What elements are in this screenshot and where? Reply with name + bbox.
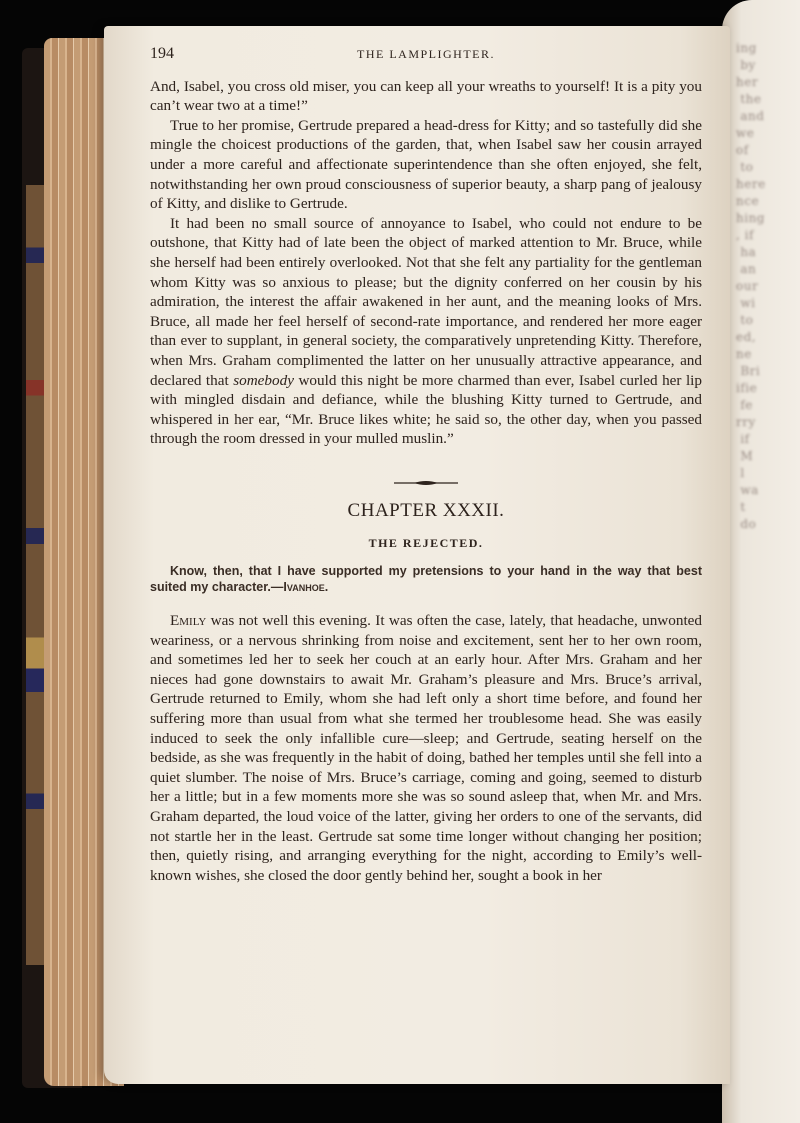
page-header: 194 THE LAMPLIGHTER. — [150, 44, 702, 65]
epigraph-source: Ivanhoe. — [283, 580, 328, 594]
paragraph-text: And, Isabel, you cross old miser, you ca… — [150, 78, 702, 115]
paragraph-text: True to her promise, Gertrude prepared a… — [150, 117, 702, 212]
emphasized-text: somebody — [233, 372, 294, 389]
chapter-epigraph: Know, then, that I have supported my pre… — [150, 564, 702, 595]
page-content: 194 THE LAMPLIGHTER. And, Isabel, you cr… — [150, 44, 702, 885]
epigraph-text: Know, then, that I have supported my pre… — [150, 564, 702, 594]
page-number: 194 — [150, 44, 210, 64]
chapter-title: CHAPTER XXXII. — [150, 501, 702, 521]
body-before-chapter: And, Isabel, you cross old miser, you ca… — [150, 77, 702, 449]
paragraph-text: It had been no small source of annoyance… — [150, 215, 702, 389]
body-paragraph: And, Isabel, you cross old miser, you ca… — [150, 77, 702, 116]
section-ornament — [150, 479, 702, 487]
chapter-subtitle: THE REJECTED. — [150, 534, 702, 554]
chapter-body-text: was not well this evening. It was often … — [150, 612, 702, 884]
facing-page-blurred-text: ing by her the and we of to here nce hin… — [736, 40, 800, 533]
body-paragraph: True to her promise, Gertrude prepared a… — [150, 116, 702, 214]
chapter-opening-word: Emily — [170, 612, 206, 629]
ornament-rule-icon — [394, 479, 458, 487]
chapter-body-paragraph: Emily was not well this evening. It was … — [150, 611, 702, 885]
body-paragraph: It had been no small source of annoyance… — [150, 214, 702, 449]
running-head: THE LAMPLIGHTER. — [210, 45, 702, 65]
facing-page: ing by her the and we of to here nce hin… — [722, 0, 800, 1123]
